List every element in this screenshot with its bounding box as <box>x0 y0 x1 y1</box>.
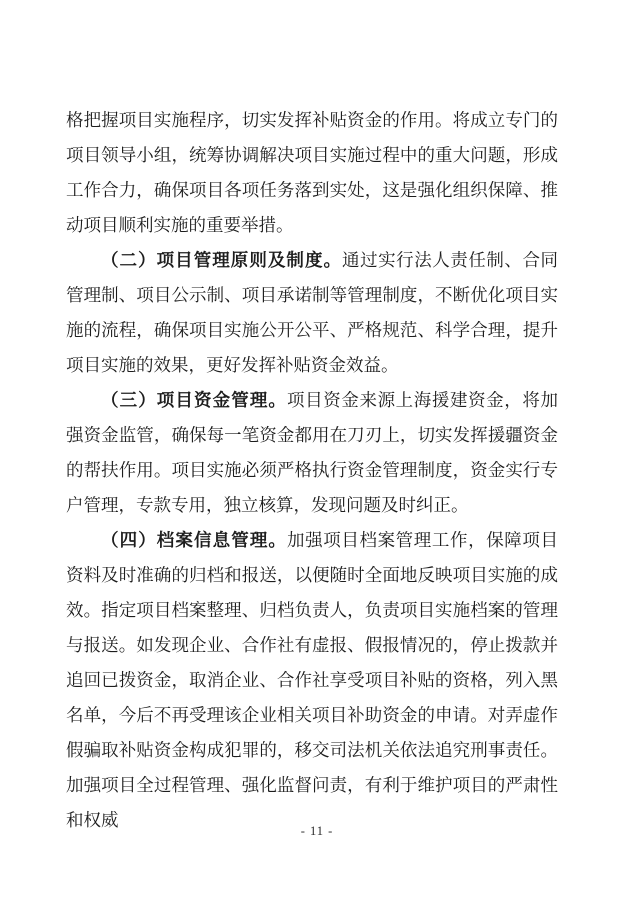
section-heading: （四）档案信息管理。 <box>101 530 287 550</box>
paragraph-section-2: （二）项目管理原则及制度。通过实行法人责任制、合同管理制、项目公示制、项目承诺制… <box>66 243 558 383</box>
section-heading: （三）项目资金管理。 <box>101 390 287 410</box>
paragraph-section-4: （四）档案信息管理。加强项目档案管理工作，保障项目资料及时准确的归档和报送，以便… <box>66 523 558 838</box>
paragraph-text: 加强项目档案管理工作，保障项目资料及时准确的归档和报送，以便随时全面地反映项目实… <box>66 530 558 830</box>
section-heading: （二）项目管理原则及制度。 <box>101 250 342 270</box>
paragraph-section-3: （三）项目资金管理。项目资金来源上海援建资金，将加强资金监管，确保每一笔资金都用… <box>66 383 558 523</box>
document-page: 格把握项目实施程序，切实发挥补贴资金的作用。将成立专门的项目领导小组，统筹协调解… <box>0 0 634 898</box>
paragraph-continuation: 格把握项目实施程序，切实发挥补贴资金的作用。将成立专门的项目领导小组，统筹协调解… <box>66 103 558 243</box>
paragraph-text: 格把握项目实施程序，切实发挥补贴资金的作用。将成立专门的项目领导小组，统筹协调解… <box>66 110 558 235</box>
document-body: 格把握项目实施程序，切实发挥补贴资金的作用。将成立专门的项目领导小组，统筹协调解… <box>66 103 558 838</box>
page-number: - 11 - <box>0 824 634 839</box>
